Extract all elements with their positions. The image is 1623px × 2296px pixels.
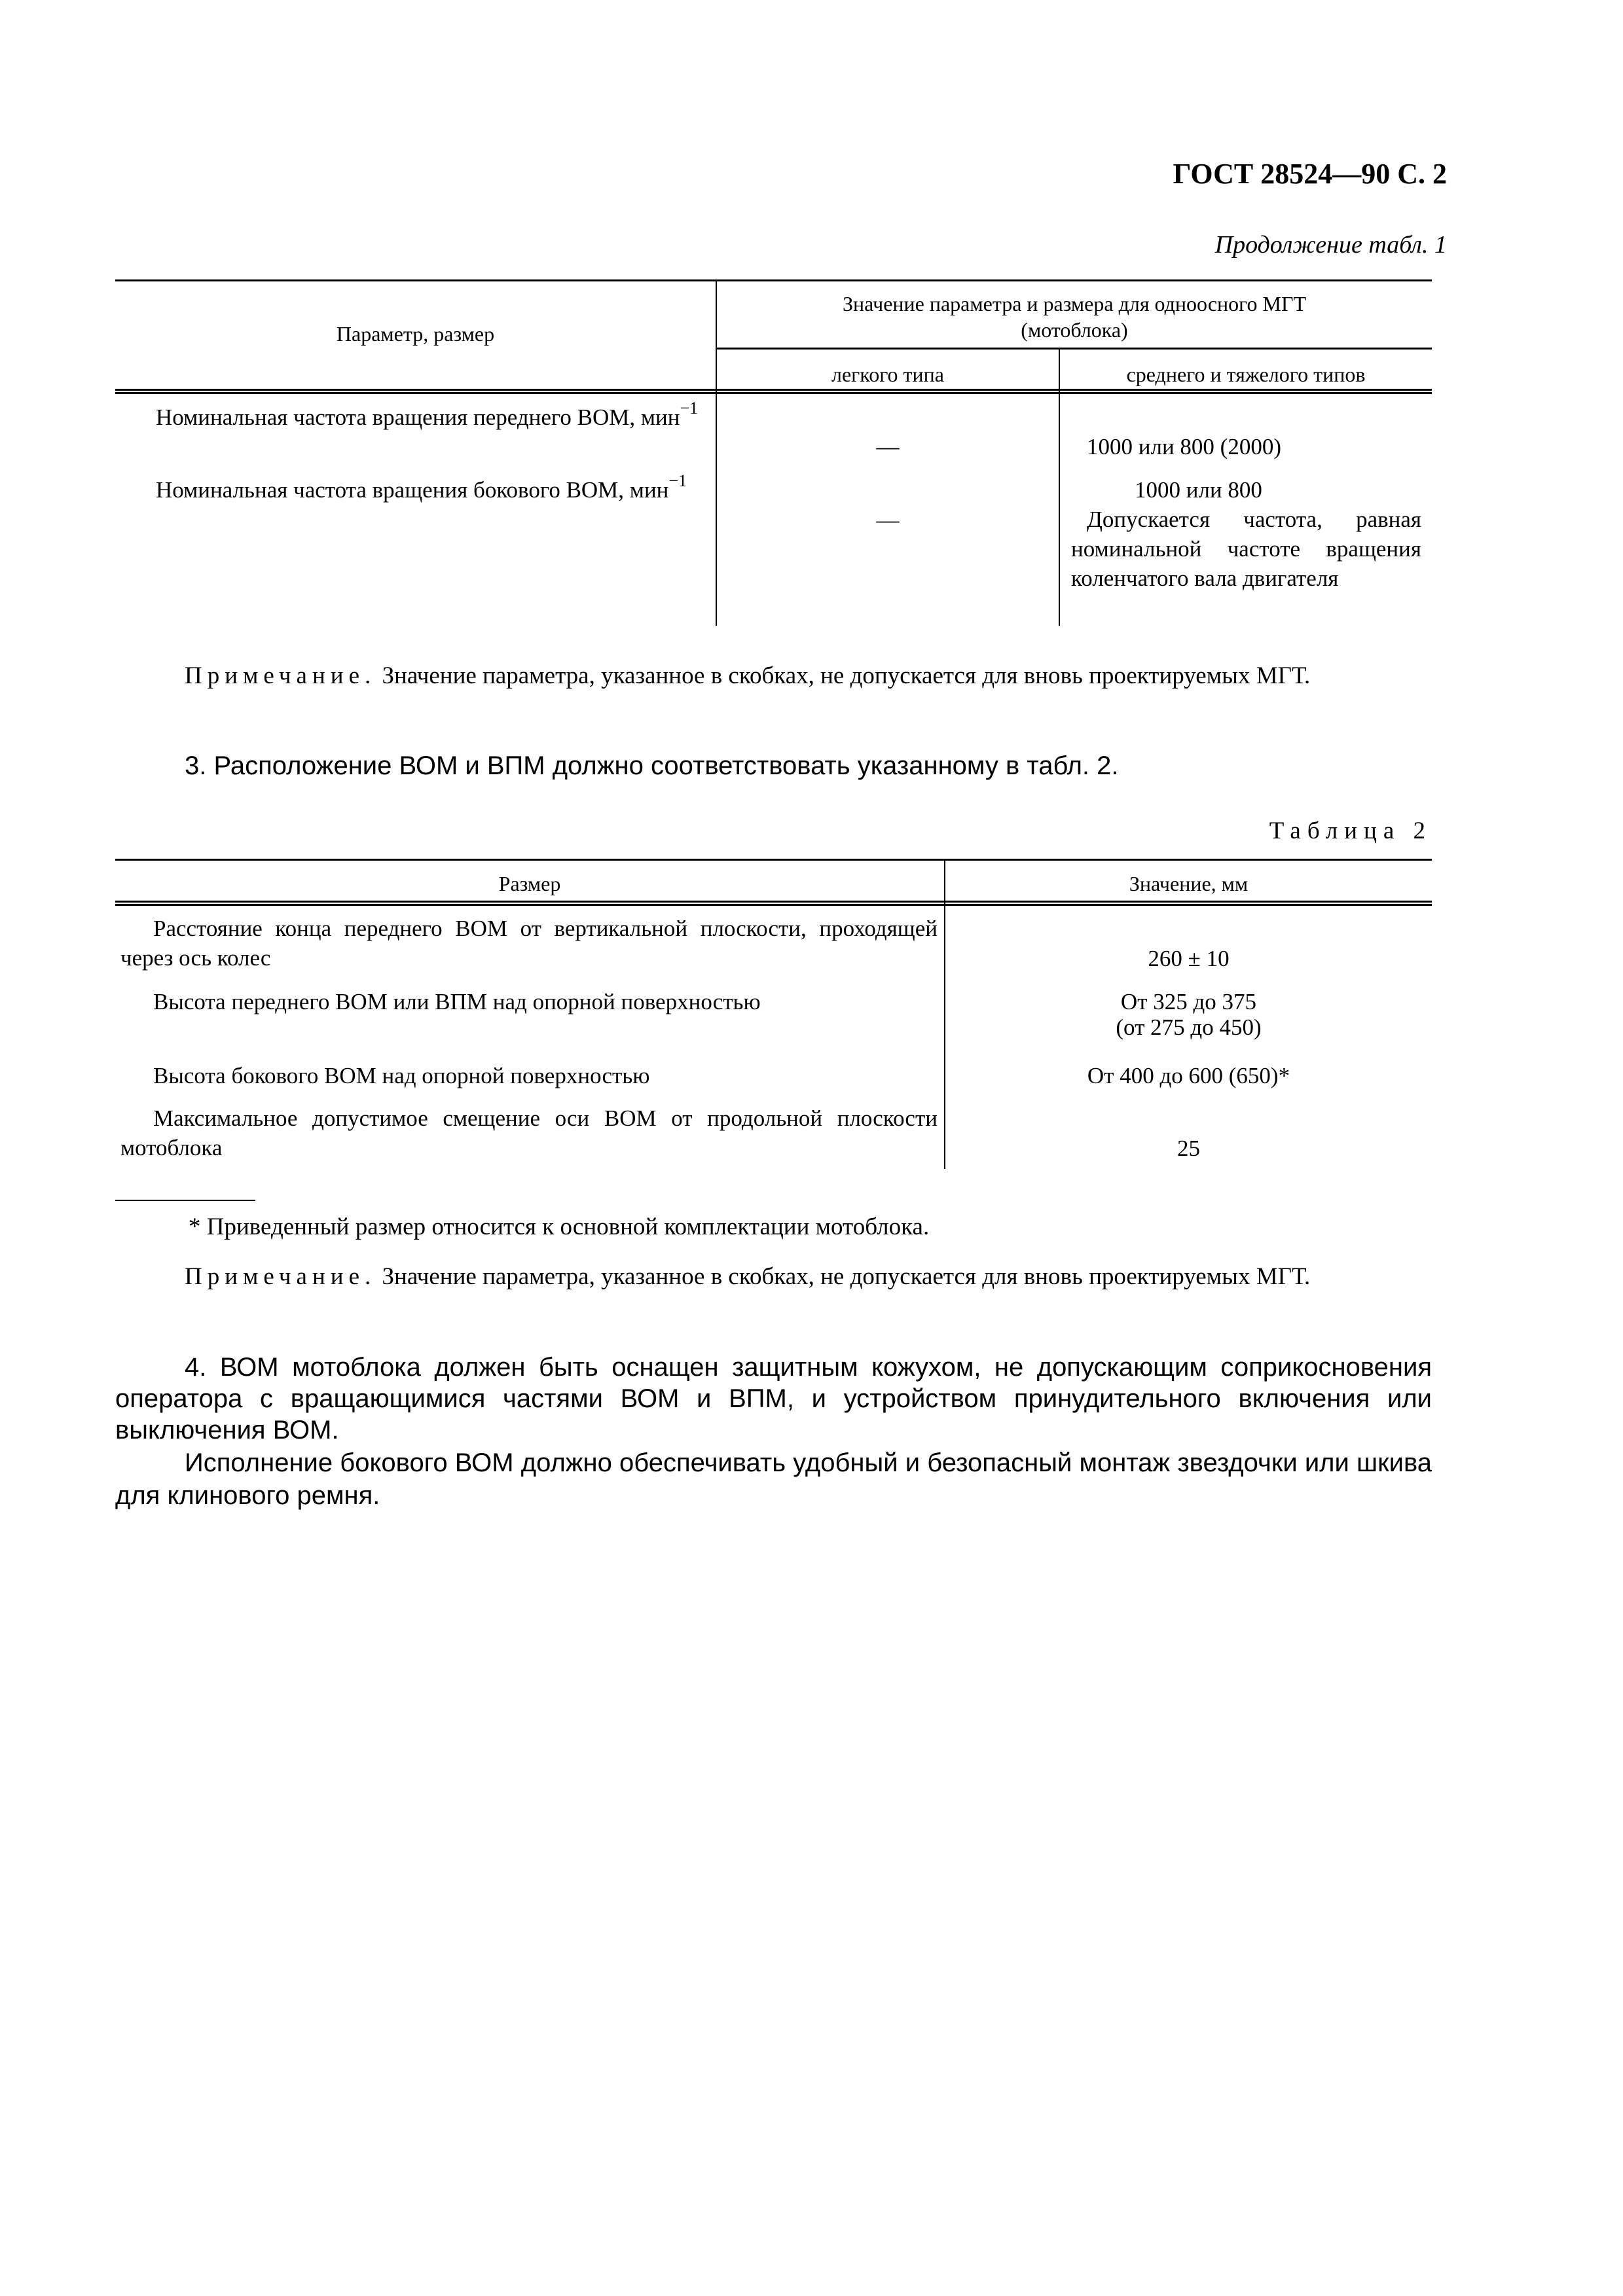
- table-1-subheader-medium-heavy: среднего и тяжелого типов: [1060, 361, 1432, 387]
- table-2-row-3-value: От 400 до 600 (650)*: [945, 1061, 1432, 1090]
- note-2-label: Примечание.: [185, 1263, 376, 1290]
- table-1-row-2-parameter: Номинальная частота вращения бокового ВО…: [118, 475, 707, 505]
- table-1-row-1-light: —: [717, 432, 1059, 461]
- footnote-separator: [115, 1200, 255, 1201]
- footnote: * Приведенный размер относится к основно…: [189, 1212, 1367, 1242]
- table-1-col-separator-2: [1059, 348, 1060, 626]
- table-1-row-2-note: Допускается частота, равная номинальной …: [1071, 505, 1421, 593]
- table-2-header-double-rule-b: [115, 904, 1432, 906]
- table-1-row-1-parameter: Номинальная частота вращения переднего В…: [118, 403, 707, 432]
- note-1-label: Примечание.: [185, 662, 376, 689]
- table-2-row-2-value-line2: (от 275 до 450): [945, 1013, 1432, 1042]
- table-2-row-2-size: Высота переднего ВОМ или ВПМ над опорной…: [153, 987, 938, 1016]
- table-2-row-4-size: Максимальное допустимое смещение оси ВОМ…: [120, 1103, 938, 1162]
- table-1-row-1-parameter-text: Номинальная частота вращения переднего В…: [156, 404, 680, 430]
- clause-4-paragraph-2: Исполнение бокового ВОМ должно обеспечив…: [115, 1446, 1432, 1512]
- clause-4: 4. ВОМ мотоблока должен быть оснащен защ…: [115, 1352, 1432, 1446]
- table-2-row-2-value: От 325 до 375 (от 275 до 450): [945, 987, 1432, 1042]
- document-header: ГОСТ 28524—90 С. 2: [1048, 157, 1447, 190]
- table-2-row-4-value: 25: [945, 1134, 1432, 1163]
- table-1-row-2-parameter-sup: −1: [668, 471, 687, 490]
- table-1-row-2-medium-heavy: 1000 или 800: [1135, 475, 1423, 505]
- table-2-header-double-rule-a: [115, 901, 1432, 903]
- note-2: Примечание. Значение параметра, указанно…: [115, 1262, 1432, 1292]
- table-1-header-value-line1: Значение параметра и размера для одноосн…: [717, 291, 1432, 317]
- table-1-subheader-light: легкого типа: [717, 361, 1059, 387]
- table-1-header-double-rule-b: [115, 392, 1432, 394]
- table-1-header-parameter: Параметр, размер: [115, 321, 716, 347]
- table-1-row-1-parameter-sup: −1: [680, 399, 699, 418]
- table-2-header-size: Размер: [115, 870, 944, 897]
- note-2-text: Значение параметра, указанное в скобках,…: [376, 1263, 1310, 1290]
- table-continuation-label: Продолжение табл. 1: [982, 230, 1447, 259]
- table-1-row-1-medium-heavy: 1000 или 800 (2000): [1087, 432, 1427, 461]
- table-1-row-2-light: —: [717, 505, 1059, 535]
- table-2-row-1-size: Расстояние конца переднего ВОМ от вертик…: [120, 914, 938, 973]
- table-1-row-2-parameter-text: Номинальная частота вращения бокового ВО…: [156, 477, 668, 503]
- table-2-row-3-size: Высота бокового ВОМ над опорной поверхно…: [153, 1061, 938, 1090]
- table-1-top-rule: [115, 279, 1432, 281]
- clause-3: 3. Расположение ВОМ и ВПМ должно соответ…: [115, 749, 1432, 782]
- note-1: Примечание. Значение параметра, указанно…: [115, 661, 1432, 691]
- table-2-top-rule: [115, 859, 1432, 861]
- table-1-header-value-group: Значение параметра и размера для одноосн…: [717, 291, 1432, 343]
- table-1-header-double-rule-a: [115, 389, 1432, 391]
- table-1-subheader-rule: [716, 348, 1432, 350]
- table-1-header-value-line2: (мотоблока): [717, 317, 1432, 343]
- table-2-header-value: Значение, мм: [945, 870, 1432, 897]
- table-2-caption: Таблица 2: [1113, 817, 1432, 845]
- table-2-row-1-value: 260 ± 10: [945, 944, 1432, 973]
- note-1-text: Значение параметра, указанное в скобках,…: [376, 662, 1310, 689]
